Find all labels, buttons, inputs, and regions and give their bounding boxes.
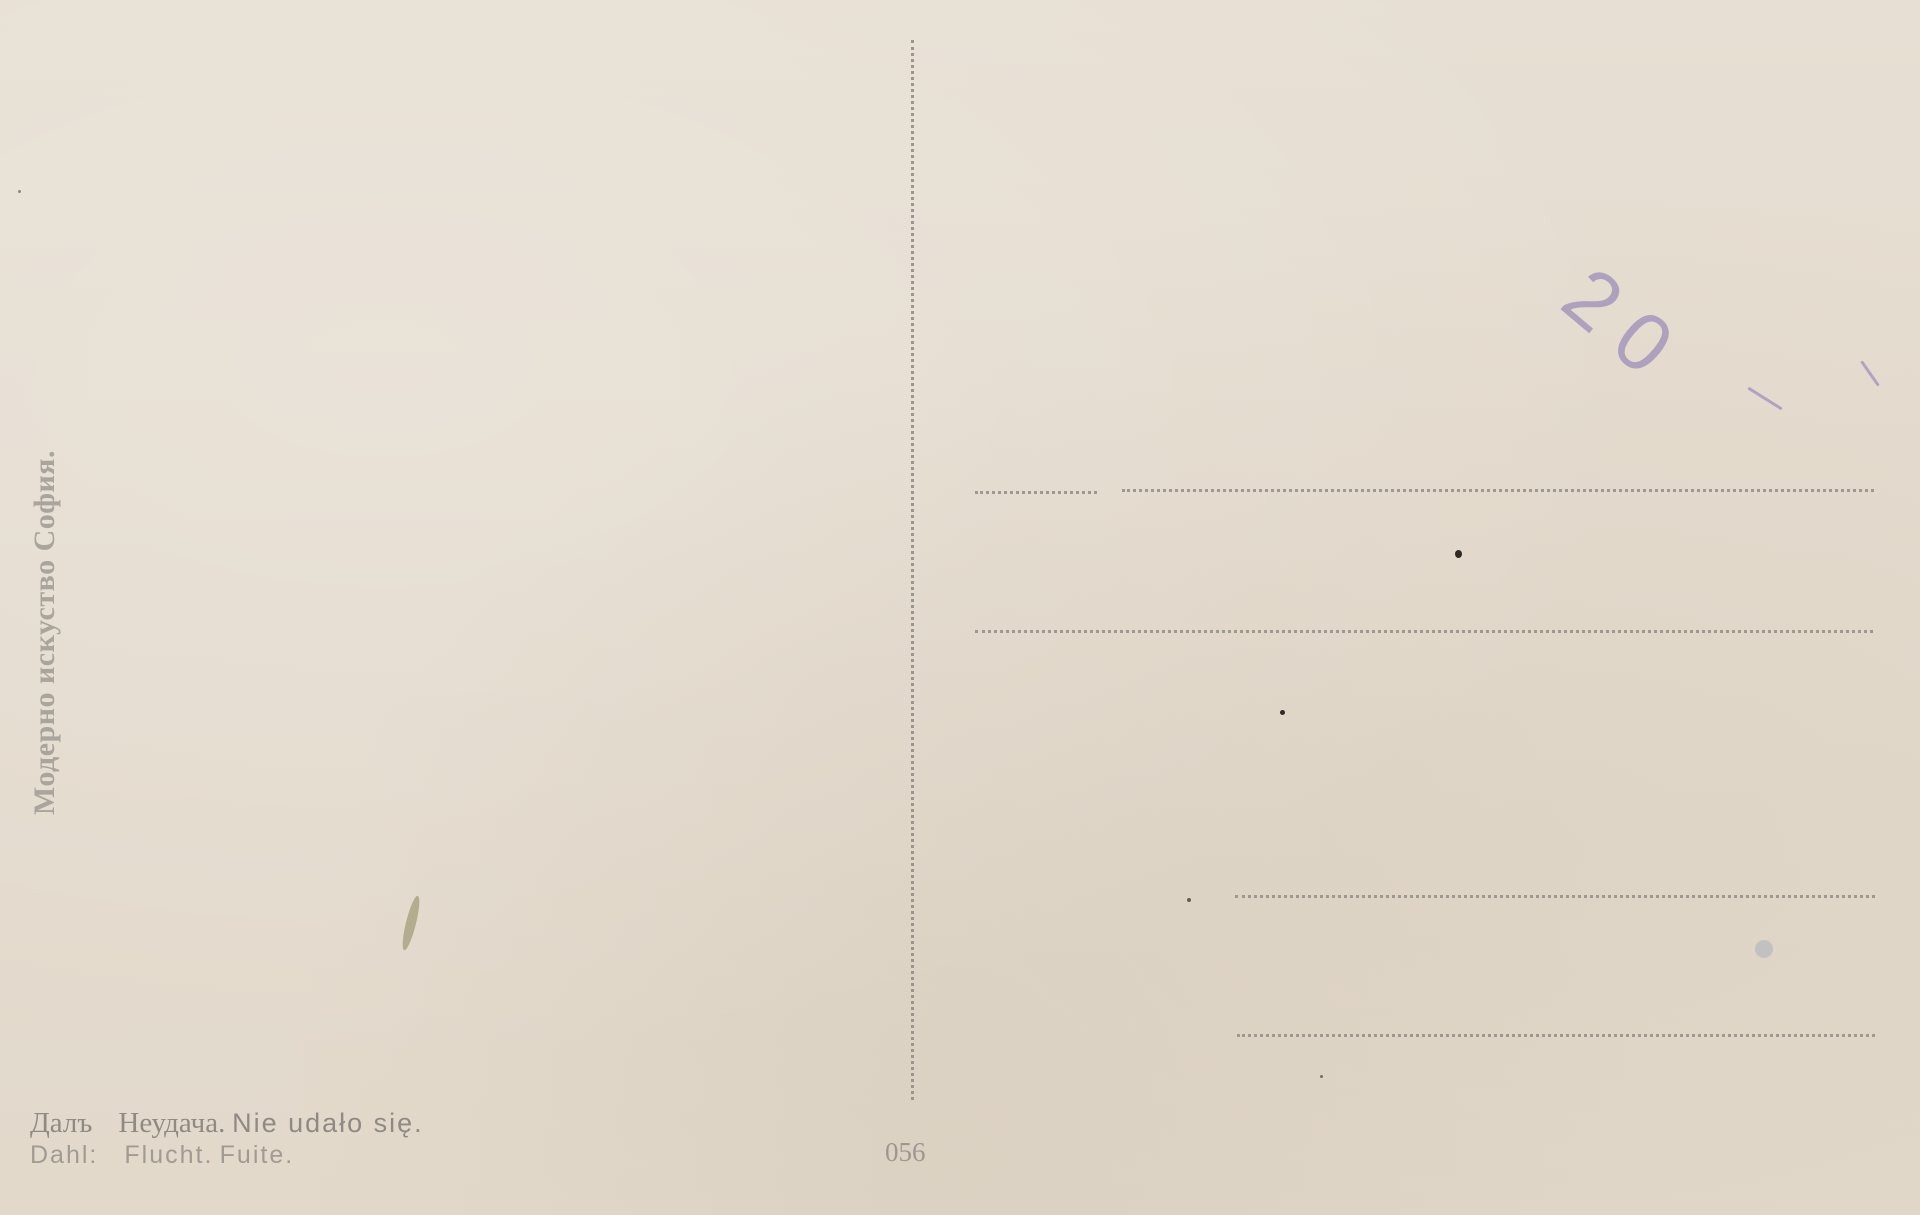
address-line-3	[1235, 895, 1875, 898]
caption-title-fr: Fuite.	[220, 1141, 295, 1169]
caption-title-de: Flucht.	[124, 1141, 213, 1169]
caption-title-pl: Nie udało się.	[232, 1108, 424, 1138]
postcard-back: Модерно искуство София. 20 ДалъНеудача. …	[0, 0, 1920, 1215]
pencil-dash-mark	[1747, 387, 1783, 411]
pencil-price-mark: 20	[1545, 250, 1706, 406]
ink-speck	[1320, 1075, 1323, 1078]
address-line-1b	[1122, 489, 1874, 492]
ink-speck	[18, 190, 21, 193]
caption-title-bg: Неудача.	[118, 1107, 225, 1139]
caption-artist-de: Dahl:	[30, 1141, 98, 1169]
publisher-imprint: Модерно искуство София.	[28, 450, 62, 815]
olive-stain	[399, 895, 422, 952]
caption-line-de: Dahl:Flucht. Fuite.	[30, 1141, 294, 1170]
blue-gray-stain	[1755, 940, 1773, 958]
address-line-2	[975, 630, 1873, 633]
ink-speck	[1187, 898, 1191, 902]
address-line-1a	[975, 491, 1097, 494]
pencil-tick-mark	[1860, 360, 1880, 386]
card-number: 056	[885, 1137, 926, 1168]
caption-artist-ru: Далъ	[30, 1107, 92, 1139]
center-divider	[911, 40, 914, 1100]
ink-speck	[1455, 550, 1462, 558]
caption-line-ru: ДалъНеудача. Nie udało się.	[30, 1107, 424, 1140]
ink-speck	[1280, 710, 1285, 715]
address-line-4	[1237, 1034, 1875, 1037]
